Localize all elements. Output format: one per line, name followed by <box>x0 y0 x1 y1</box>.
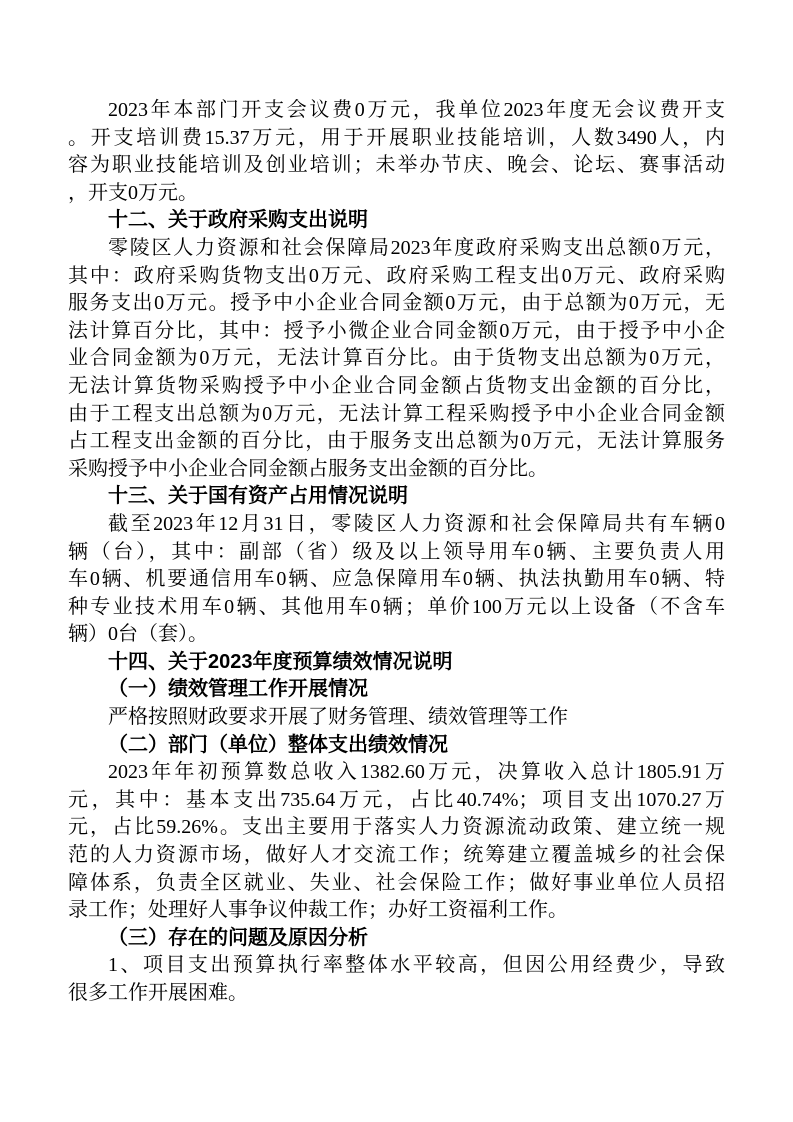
paragraph-line: 很多工作开展困难。 <box>68 980 725 1008</box>
section-heading: 十三、关于国有资产占用情况说明 <box>68 483 725 511</box>
paragraph-line: 范的人力资源市场，做好人才交流工作；统筹建立覆盖城乡的社会保 <box>68 842 725 870</box>
paragraph-line: 服务支出0万元。授予中小企业合同金额0万元，由于总额为0万元，无 <box>68 290 725 318</box>
paragraph-line: 车0辆、机要通信用车0辆、应急保障用车0辆、执法执勤用车0辆、特 <box>68 566 725 594</box>
paragraph-line: 法计算百分比，其中：授予小微企业合同金额0万元，由于授予中小企 <box>68 318 725 346</box>
paragraph-line: 由于工程支出总额为0万元，无法计算工程采购授予中小企业合同金额 <box>68 401 725 429</box>
sub-heading: （三）存在的问题及原因分析 <box>68 925 725 953</box>
document-content: 2023年本部门开支会议费0万元，我单位2023年度无会议费开支。开支培训费15… <box>68 97 725 1008</box>
paragraph-line: 零陵区人力资源和社会保障局2023年度政府采购支出总额0万元， <box>68 235 725 263</box>
paragraph-line: 种专业技术用车0辆、其他用车0辆；单价100万元以上设备（不含车 <box>68 594 725 622</box>
sub-heading: （一）绩效管理工作开展情况 <box>68 676 725 704</box>
paragraph-line: 2023年本部门开支会议费0万元，我单位2023年度无会议费开支 <box>68 97 725 125</box>
paragraph-line: 元，占比59.26%。支出主要用于落实人力资源流动政策、建立统一规 <box>68 814 725 842</box>
section-heading: 十四、关于2023年度预算绩效情况说明 <box>68 649 725 677</box>
paragraph-line: 。开支培训费15.37万元，用于开展职业技能培训，人数3490人，内 <box>68 125 725 153</box>
paragraph-line: ，开支0万元。 <box>68 180 725 208</box>
paragraph-line: 严格按照财政要求开展了财务管理、绩效管理等工作 <box>68 704 725 732</box>
paragraph-line: 容为职业技能培训及创业培训；未举办节庆、晚会、论坛、赛事活动 <box>68 152 725 180</box>
paragraph-line: 障体系，负责全区就业、失业、社会保险工作；做好事业单位人员招 <box>68 870 725 898</box>
sub-heading: （二）部门（单位）整体支出绩效情况 <box>68 732 725 760</box>
paragraph-line: 辆（台），其中：副部（省）级及以上领导用车0辆、主要负责人用 <box>68 539 725 567</box>
paragraph-line: 2023年年初预算数总收入1382.60万元，决算收入总计1805.91万 <box>68 759 725 787</box>
paragraph-line: 占工程支出金额的百分比，由于服务支出总额为0万元，无法计算服务 <box>68 428 725 456</box>
paragraph-line: 其中：政府采购货物支出0万元、政府采购工程支出0万元、政府采购 <box>68 263 725 291</box>
paragraph-line: 业合同金额为0万元，无法计算百分比。由于货物支出总额为0万元， <box>68 345 725 373</box>
paragraph-line: 辆）0台（套）。 <box>68 621 725 649</box>
document-page: 2023年本部门开支会议费0万元，我单位2023年度无会议费开支。开支培训费15… <box>0 0 793 1122</box>
paragraph-line: 录工作；处理好人事争议仲裁工作；办好工资福利工作。 <box>68 897 725 925</box>
paragraph-line: 采购授予中小企业合同金额占服务支出金额的百分比。 <box>68 456 725 484</box>
section-heading: 十二、关于政府采购支出说明 <box>68 207 725 235</box>
paragraph-line: 1、项目支出预算执行率整体水平较高，但因公用经费少，导致 <box>68 952 725 980</box>
paragraph-line: 元，其中：基本支出735.64万元，占比40.74%；项目支出1070.27万 <box>68 787 725 815</box>
paragraph-line: 无法计算货物采购授予中小企业合同金额占货物支出金额的百分比， <box>68 373 725 401</box>
paragraph-line: 截至2023年12月31日，零陵区人力资源和社会保障局共有车辆0 <box>68 511 725 539</box>
